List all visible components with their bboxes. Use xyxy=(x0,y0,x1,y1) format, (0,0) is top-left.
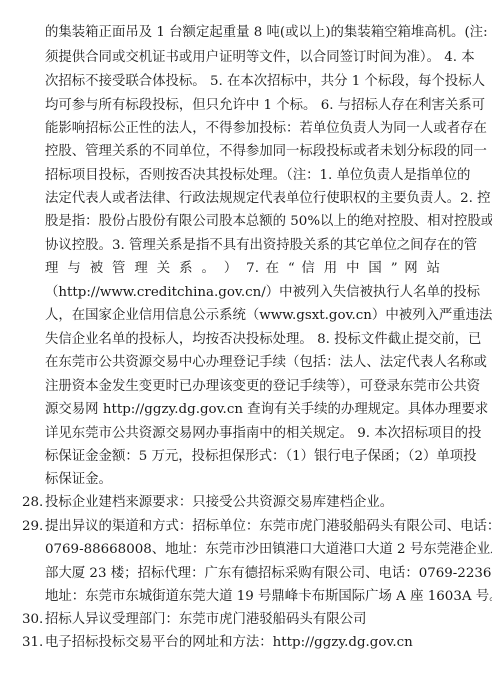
paragraph-line: 能影响招标公正性的法人，不得参加投标：若单位负责人为同一人或者存在 xyxy=(45,119,440,139)
paragraph-line: 招标项目投标，否则按否决其投标处理。（注：1. 单位负责人是指单位的 xyxy=(45,166,440,186)
paragraph-line: 在东莞市公共资源交易中心办理登记手续（包括：法人、法定代表人名称或 xyxy=(45,353,440,373)
item-line: 投标企业建档来源要求：只接受公共资源交易库建档企业。 xyxy=(45,493,440,513)
paragraph-line: 源交易网 http://ggzy.dg.gov.cn 查询有关手续的办理规定。具… xyxy=(45,400,440,420)
item-line: 提出异议的渠道和方式：招标单位：东莞市虎门港驳船码头有限公司、电话： xyxy=(45,517,440,537)
item-line: 招标人异议受理部门：东莞市虎门港驳船码头有限公司 xyxy=(45,610,440,630)
item-line: 0769-88668008、地址：东莞市沙田镇港口大道港口大道 2 号东莞港企业… xyxy=(45,540,440,560)
item-line: 地址：东莞市东城街道东莞大道 19 号鼎峰卡布斯国际广场 A 座 1603A 号… xyxy=(45,587,440,607)
paragraph-line: 失信企业名单的投标人，均按否决投标处理。 8. 投标文件截止提交前，已 xyxy=(45,330,440,350)
paragraph-line: 理 与 被 管 理 关 系 。 ） 7. 在 “ 信 用 中 国 ” 网 站 xyxy=(45,259,440,279)
paragraph-line: 法定代表人或者法律、行政法规规定代表单位行使职权的主要负责人。2. 控 xyxy=(45,189,440,209)
paragraph-line: 人，在国家企业信用信息公示系统（www.gsxt.gov.cn）中被列入严重违法 xyxy=(45,306,440,326)
item-number: 29. xyxy=(22,517,43,537)
paragraph-line: 均可参与所有标段投标，但只允许中 1 个标。 6. 与招标人存在利害关系可 xyxy=(45,96,440,116)
item-line: 电子招标投标交易平台的网址和方法：http://ggzy.dg.gov.cn xyxy=(45,633,440,653)
paragraph-line: 的集装箱正面吊及 1 台额定起重量 8 吨(或以上)的集装箱空箱堆高机。(注: xyxy=(45,23,440,43)
paragraph-line: 详见东莞市公共资源交易网办事指南中的相关规定。 9. 本次招标项目的投 xyxy=(45,424,440,444)
paragraph-line: 标保证金。 xyxy=(45,470,440,490)
paragraph-line: 须提供合同或交机证书或用户证明等文件，以合同签订时间为准）。 4. 本 xyxy=(45,48,440,68)
item-number: 28. xyxy=(22,493,43,513)
document-page: 的集装箱正面吊及 1 台额定起重量 8 吨(或以上)的集装箱空箱堆高机。(注: … xyxy=(0,0,492,680)
paragraph-line: （http://www.creditchina.gov.cn/）中被列入失信被执… xyxy=(45,283,440,303)
paragraph-line: 股是指：股份占股份有限公司股本总额的 50%以上的绝对控股、相对控股或 xyxy=(45,212,440,232)
item-number: 30. xyxy=(22,610,43,630)
paragraph-line: 控股、管理关系的不同单位，不得参加同一标段投标或者未划分标段的同一 xyxy=(45,142,440,162)
paragraph-line: 注册资本金发生变更时已办理该变更的登记手续等），可登录东莞市公共资 xyxy=(45,377,440,397)
item-number: 31. xyxy=(22,633,43,653)
paragraph-line: 协议控股。3. 管理关系是指不具有出资持股关系的其它单位之间存在的管 xyxy=(45,236,440,256)
paragraph-line: 标保证金金额：5 万元，投标担保形式：（1）银行电子保函；（2）单项投 xyxy=(45,447,440,467)
paragraph-line: 次招标不接受联合体投标。 5. 在本次招标中，共分 1 个标段，每个投标人 xyxy=(45,72,440,92)
item-line: 部大厦 23 楼；招标代理：广东有德招标采购有限公司、电话：0769-22368… xyxy=(45,564,440,584)
